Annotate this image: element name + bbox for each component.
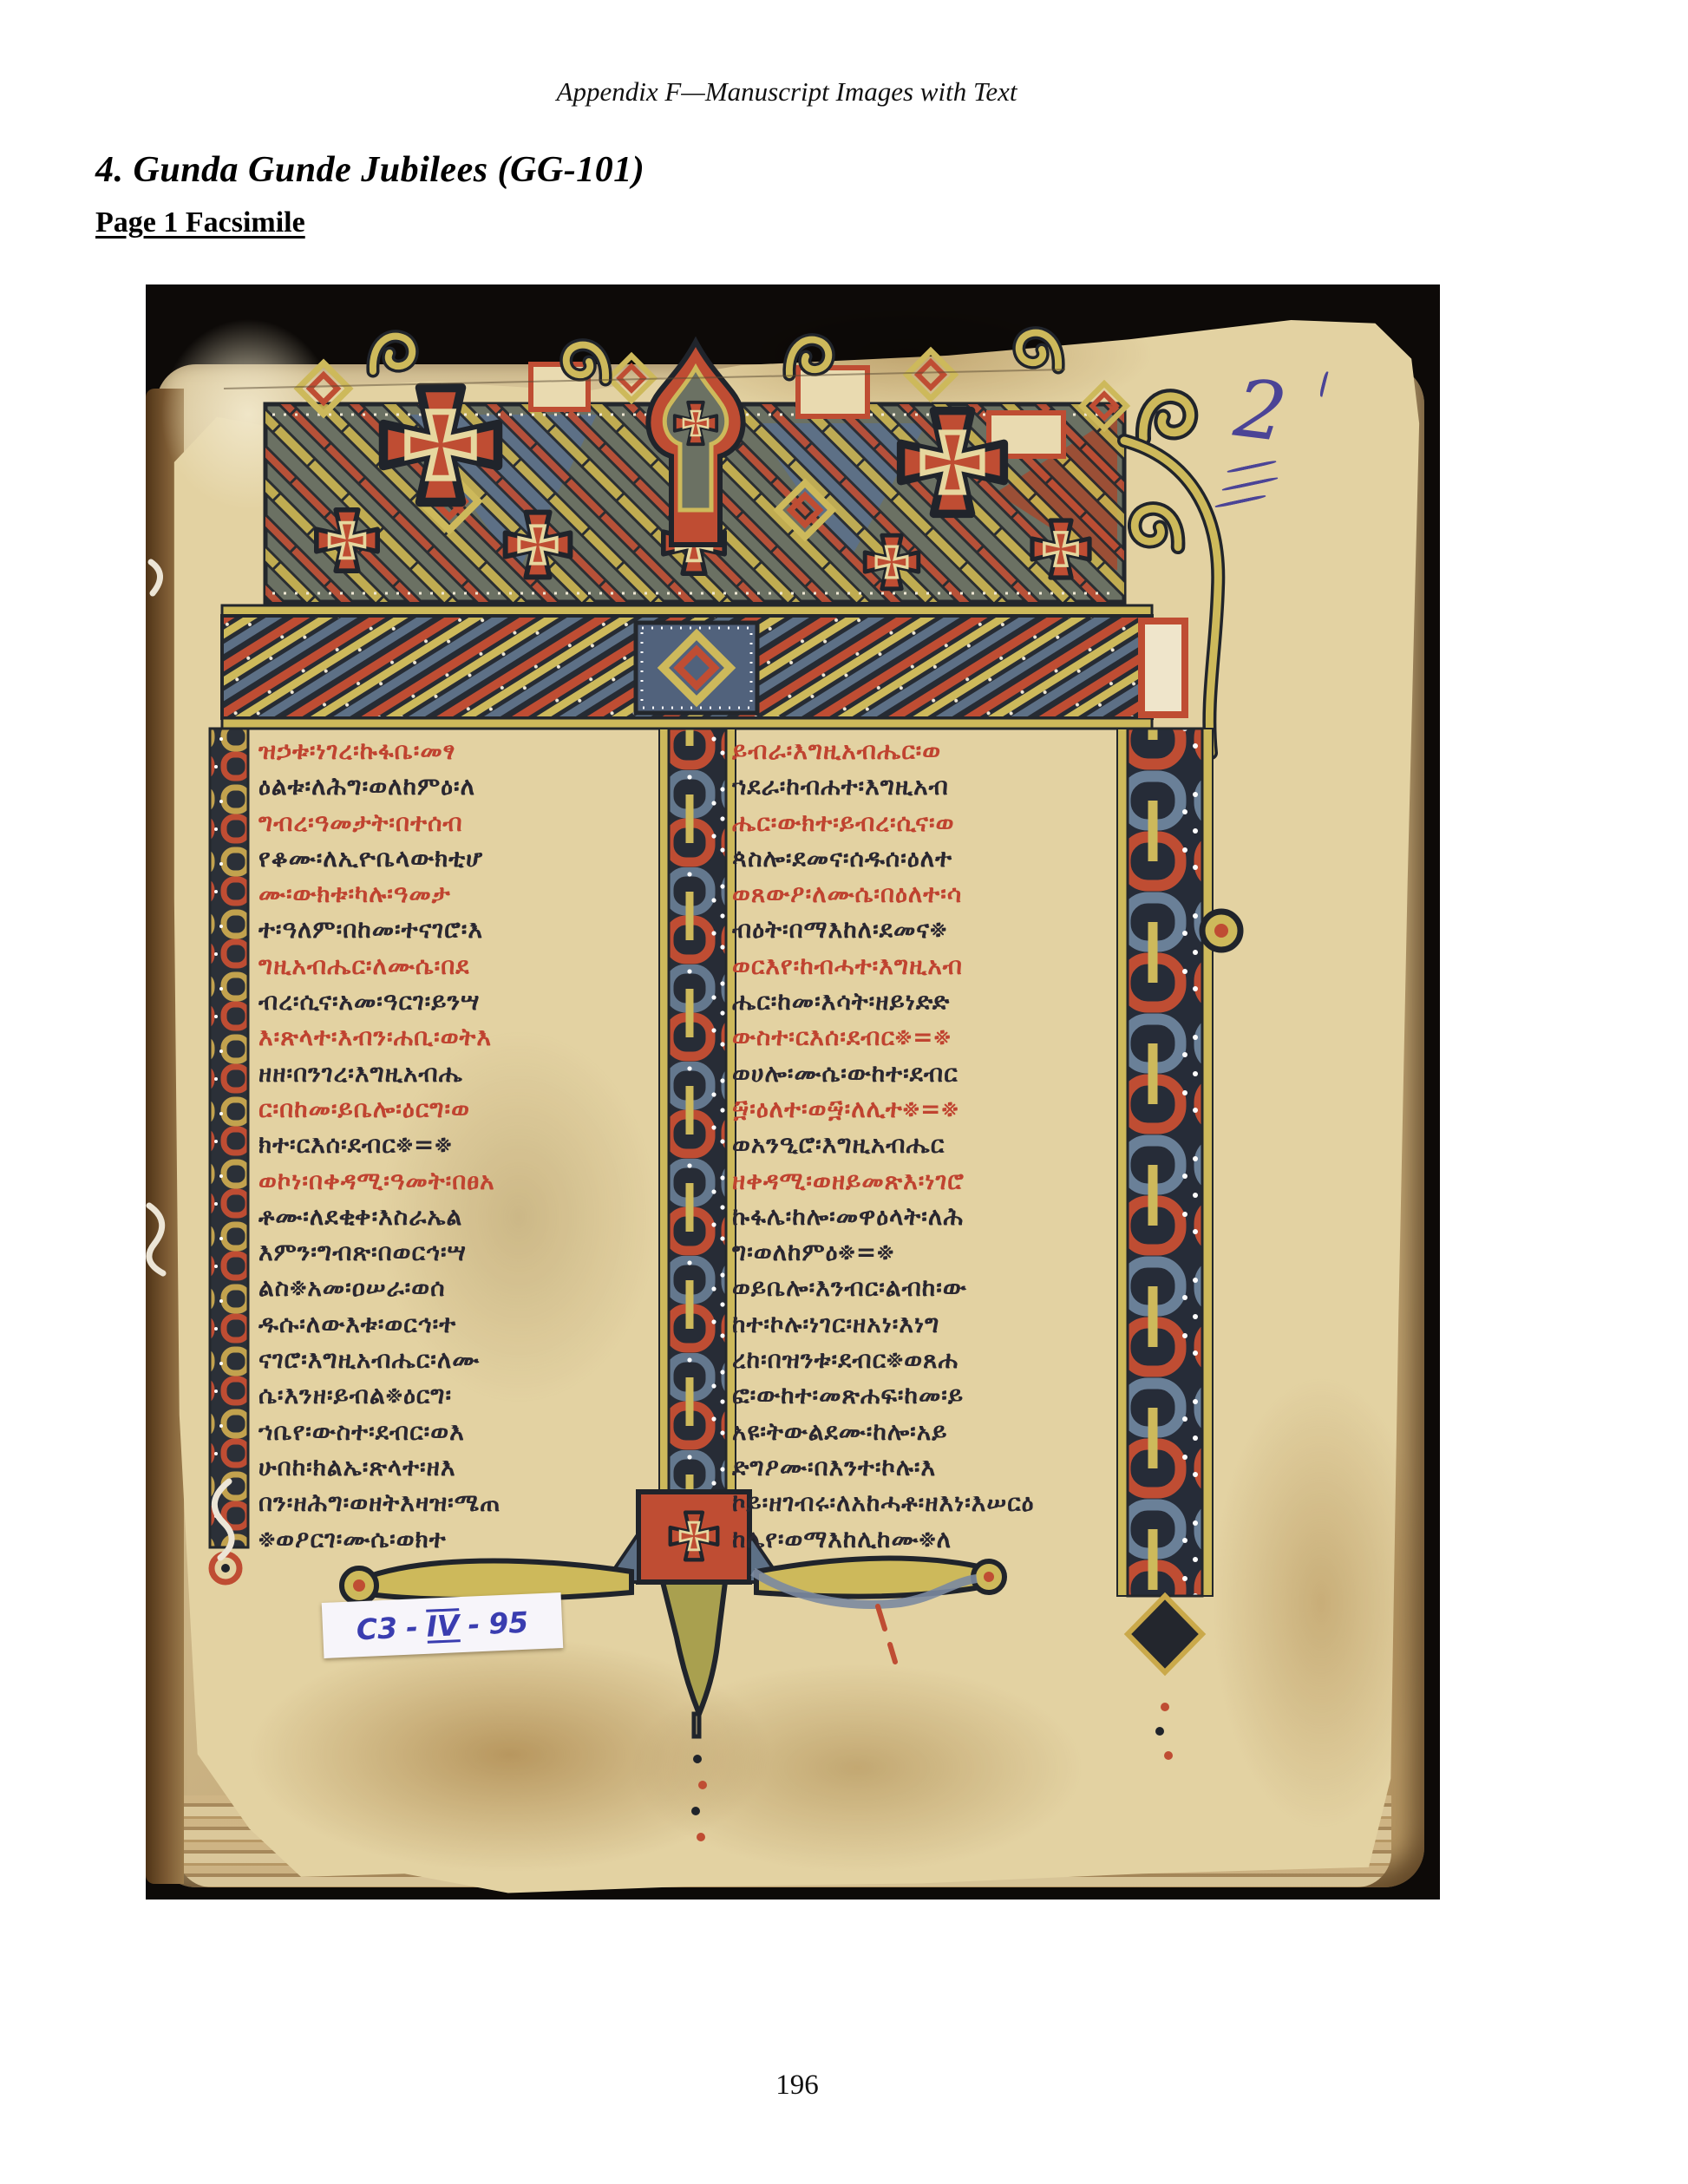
manuscript-text-line: ወይቤሎ፡እንብር፡ልብከ፡ው (732, 1270, 1119, 1305)
manuscript-text-line: ፎ፡ውከተ፡መጽሐፍ፡ከመ፡ይ (732, 1377, 1119, 1413)
shelfmark-separator: - (468, 1607, 481, 1642)
manuscript-photo: ዝኃቱ፡ነገረ፡ኩፋቤ፡መፃዕልቱ፡ለሕግ፡ወለከምዕ፡ለግብረ፡ዓመታት፡በተ… (146, 284, 1440, 1900)
section-title: 4. Gunda Gunde Jubilees (GG-101) (95, 149, 644, 191)
manuscript-text-line: ሁበከ፡ክልኤ፡ጽላተ፡ዘእ (258, 1449, 654, 1485)
manuscript-text-line: ግዚአብሔር፡ለሙሴ፡በደ (258, 948, 654, 984)
manuscript-text-line: በን፡ዘሕግ፡ወዘትእዛዝ፡ሜጠ (258, 1485, 654, 1520)
running-header: Appendix F—Manuscript Images with Text (0, 76, 1574, 108)
manuscript-text-line: ኀደራ፡ከብሐተ፡እግዚአብ (732, 768, 1119, 804)
manuscript-text-line: ወኮነ፡በቀዳሚ፡ዓመት፡በፀአ (258, 1163, 654, 1199)
manuscript-text-line: አዩ፡ትውልደሙ፡ከሎ፡አይ (732, 1414, 1119, 1449)
manuscript-text-line: ይብራ፡እግዚአብሔር፡ወ (732, 733, 1119, 768)
manuscript-text-line: ብረ፡ሲና፡አመ፡ዓርገ፡ይንሣ (258, 984, 654, 1019)
shelfmark-separator: - (405, 1610, 418, 1645)
manuscript-text-line: ልስ፠አመ፡ዐሠራ፡ወሰ (258, 1270, 654, 1305)
manuscript-text-line: ግ፡ወለከምዕ፠=፠ (732, 1234, 1119, 1270)
manuscript-text-line: ጳስሎ፡ደመና፡ሰዱሰ፡ዕለተ (732, 840, 1119, 876)
page-number: 196 (0, 2070, 1594, 2102)
manuscript-text-line: ኮይ፡ዘገብሩ፡ለአከሓቶ፡ዘእነ፡እሠርዕ (732, 1485, 1119, 1520)
manuscript-text-line: ወሀሎ፡ሙሴ፡ውከተ፡ደብር (732, 1056, 1119, 1091)
manuscript-text-line: ግብረ፡ዓመታት፡በተሰብ (258, 805, 654, 840)
manuscript-text-line: ከተ፡ኮሉ፡ነገር፡ዘአነ፡እነግ (732, 1306, 1119, 1342)
manuscript-text-line: ሴ፡እንዘ፡ይብል፠ዕርግ፡ (258, 1377, 654, 1413)
document-page: Appendix F—Manuscript Images with Text 4… (0, 0, 1688, 2184)
pen-folio-mark: 2 (1220, 364, 1350, 529)
shelfmark-suffix: 95 (487, 1605, 529, 1640)
manuscript-text-line: ቶሙ፡ለደቂቀ፡እስራኤል (258, 1199, 654, 1234)
shelfmark-roman-numeral: IV (426, 1608, 460, 1644)
manuscript-text-line: ውስተ፡ርእሰ፡ደብር፠=፠ (732, 1019, 1119, 1055)
manuscript-text-line: ፠ወዖርገ፡ሙሴ፡ወክተ (258, 1521, 654, 1557)
manuscript-text-line: ብዕት፡በማእከለ፡ደመና፠ (732, 912, 1119, 947)
headpiece-braid-band (222, 605, 1185, 729)
right-interlace-band (1117, 729, 1240, 1760)
manuscript-text-line: ዝኃቱ፡ነገረ፡ኩፋቤ፡መፃ (258, 733, 654, 768)
manuscript-text-line: ክተ፡ርእሰ፡ደብር፠=፠ (258, 1127, 654, 1162)
manuscript-text-line: ሔር፡ከመ፡እሳት፡ዘይነድድ (732, 984, 1119, 1019)
subsection-title: Page 1 Facsimile (95, 206, 305, 239)
manuscript-text-line: ተ፡ዓለም፡በከመ፡ተናገሮ፡እ (258, 912, 654, 947)
manuscript-text-line: ዱሱ፡ለውእቱ፡ወርኅ፡ተ (258, 1306, 654, 1342)
manuscript-text-line: ዘቀዳሚ፡ወዘይመጽእ፡ነገሮ (732, 1163, 1119, 1199)
manuscript-text-line: ረከ፡በዝንቱ፡ደብር፠ወጸሐ (732, 1342, 1119, 1377)
shelfmark-label: C3 - IV - 95 (322, 1592, 564, 1658)
manuscript-text-line: ዕልቱ፡ለሕግ፡ወለከምዕ፡ለ (258, 768, 654, 804)
manuscript-text-line: እ፡ጽላተ፡እብን፡ሐቢ፡ወትእ (258, 1019, 654, 1055)
manuscript-text-line: ወአንዒሮ፡እግዚአብሔር (732, 1127, 1119, 1162)
manuscript-text-line: ወጸውዖ፡ለሙሴ፡በዕለተ፡ሳ (732, 876, 1119, 912)
right-band-finial (1128, 1596, 1202, 1760)
manuscript-text-line: ሙ፡ውክቱ፡ካሉ፡ዓመታ (258, 876, 654, 912)
manuscript-text-line: ናገሮ፡እግዚአብሔር፡ለሙ (258, 1342, 654, 1377)
manuscript-text-line: ሔር፡ውክተ፡ይብረ፡ሲና፡ወ (732, 805, 1119, 840)
manuscript-text-line: እምን፡ግብጽ፡በወርኅ፡ሣ (258, 1234, 654, 1270)
manuscript-text-line: ወርእየ፡ከብሓተ፡እግዚአብ (732, 948, 1119, 984)
manuscript-text-line: ኀቤየ፡ውስተ፡ደብር፡ወእ (258, 1414, 654, 1449)
manuscript-text-line: ፵፡ዕለተ፡ወ፵፡ለሊተ፠=፠ (732, 1091, 1119, 1127)
manuscript-text-line: ድግዖሙ፡በእንተ፡ኮሉ፡እ (732, 1449, 1119, 1485)
manuscript-text-line: ኩፋሌ፡ከሎ፡መዋዕላት፡ለሕ (732, 1199, 1119, 1234)
pen-mark-numeral: 2 (1230, 362, 1292, 460)
right-text-column: ይብራ፡እግዚአብሔር፡ወኀደራ፡ከብሐተ፡እግዚአብሔር፡ውክተ፡ይብረ፡ሲና… (732, 733, 1119, 1557)
manuscript-text-line: የቆሙ፡ለኢዮቤላውክቲሆ (258, 840, 654, 876)
manuscript-text-line: ር፡በከመ፡ይቤሎ፡ዕርግ፡ወ (258, 1091, 654, 1127)
left-text-column: ዝኃቱ፡ነገረ፡ኩፋቤ፡መፃዕልቱ፡ለሕግ፡ወለከምዕ፡ለግብረ፡ዓመታት፡በተ… (258, 733, 654, 1557)
manuscript-text-line: ከሌየ፡ወማእከሊከሙ፠ለ (732, 1521, 1119, 1557)
left-chain-border (210, 729, 248, 1582)
shelfmark-prefix: C3 (356, 1611, 398, 1646)
manuscript-text-line: ዘዘ፡በንገረ፡እግዚአብሔ (258, 1056, 654, 1091)
